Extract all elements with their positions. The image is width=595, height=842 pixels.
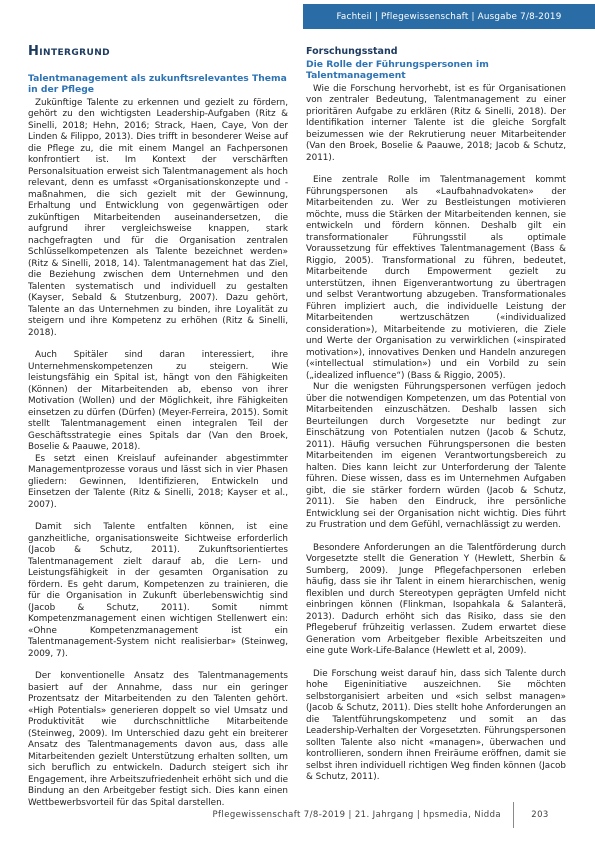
journal-page: Fachteil | Pflegewissenschaft | Ausgabe … xyxy=(0,0,595,842)
section-title-hintergrund: Hintergrund xyxy=(28,46,288,58)
paragraph: Eine zentrale Rolle im Talentmanagement … xyxy=(306,175,566,382)
paragraph: Wie die Forschung hervorhebt, ist es für… xyxy=(306,84,566,165)
section-title-forschungsstand: Forschungsstand xyxy=(306,46,566,58)
left-column: Hintergrund Talentmanagement als zukunft… xyxy=(28,46,288,809)
paragraph: Besondere Anforderungen an die Talentför… xyxy=(306,543,566,658)
right-column: Forschungsstand Die Rolle der Führungspe… xyxy=(306,46,566,809)
right-column-subheading: Die Rolle der Führungspersonen im Talent… xyxy=(306,59,566,82)
paragraph: Nur die wenigsten Führungspersonen verfü… xyxy=(306,382,566,532)
paragraph: Auch Spitäler sind daran interessiert, i… xyxy=(28,350,288,454)
article-body: Hintergrund Talentmanagement als zukunft… xyxy=(28,46,566,809)
paragraph: Es setzt einen Kreislauf aufeinander abg… xyxy=(28,454,288,512)
paragraph: Damit sich Talente entfalten können, ist… xyxy=(28,522,288,660)
left-column-subheading: Talentmanagement als zukunftsrelevantes … xyxy=(28,73,288,96)
paragraph: Zukünftige Talente zu erkennen und gezie… xyxy=(28,98,288,340)
page-footer: Pflegewissenschaft 7/8-2019 | 21. Jahrga… xyxy=(28,801,566,829)
header-banner-text: Fachteil | Pflegewissenschaft | Ausgabe … xyxy=(336,12,561,22)
footer-journal-line: Pflegewissenschaft 7/8-2019 | 21. Jahrga… xyxy=(213,810,501,820)
page-number: 203 xyxy=(514,810,566,820)
paragraph: Die Forschung weist darauf hin, dass sic… xyxy=(306,669,566,784)
paragraph: Der konventionelle Ansatz des Talentmana… xyxy=(28,671,288,809)
page-header-banner: Fachteil | Pflegewissenschaft | Ausgabe … xyxy=(303,4,595,29)
